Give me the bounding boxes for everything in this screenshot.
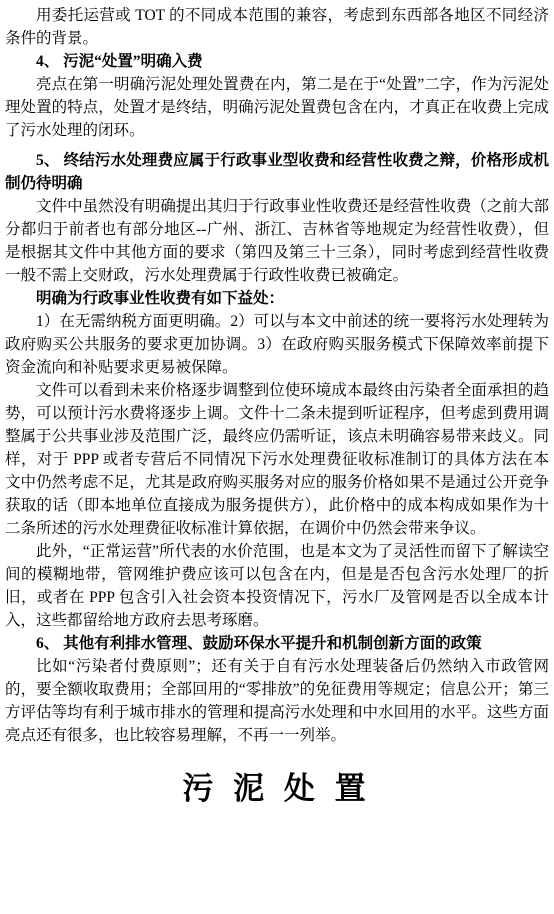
paragraph-fee-classification-analysis: 文件中虽然没有明确提出其归于行政事业性收费还是经营性收费（之前大部分都归于前者也… [5,195,549,287]
paragraph-price-adjustment-trend: 文件可以看到未来价格逐步调整到位使环境成本最终由污染者全面承担的趋势，可以预计污… [5,379,549,540]
subheading-administrative-fee-benefits: 明确为行政事业性收费有如下益处： [5,287,549,310]
paragraph-benefits-list: 1）在无需纳税方面更明确。2）可以与本文中前述的统一要将污水处理转为政府购买公共… [5,310,549,379]
paragraph-disposal-fee-highlight: 亮点在第一明确污泥处理处置费在内，第二是在于“处置”二字，作为污泥处理处置的特点… [5,73,549,142]
document-page: 用委托运营或 TOT 的不同成本范围的兼容，考虑到东西部各地区不同经济条件的背景… [0,0,554,809]
section-title-sludge-disposal: 污 泥 处 置 [5,769,549,809]
paragraph-normal-operation-scope: 此外，“正常运营”所代表的水价范围，也是本文为了灵活性而留下了解读空间的模糊地带… [5,540,549,632]
heading-6-other-policies: 6、 其他有利排水管理、鼓励环保水平提升和机制创新方面的政策 [5,632,549,655]
paragraph-other-policy-examples: 比如“污染者付费原则”；还有关于自有污水处理装备后仍然纳入市政管网的，要全额收取… [5,655,549,747]
heading-4-sludge-disposal-fee: 4、 污泥“处置”明确入费 [5,50,549,73]
paragraph-tot-compatibility: 用委托运营或 TOT 的不同成本范围的兼容，考虑到东西部各地区不同经济条件的背景… [5,4,549,50]
heading-5-fee-classification: 5、 终结污水处理费应属于行政事业型收费和经营性收费之辩，价格形成机制仍待明确 [5,149,549,195]
